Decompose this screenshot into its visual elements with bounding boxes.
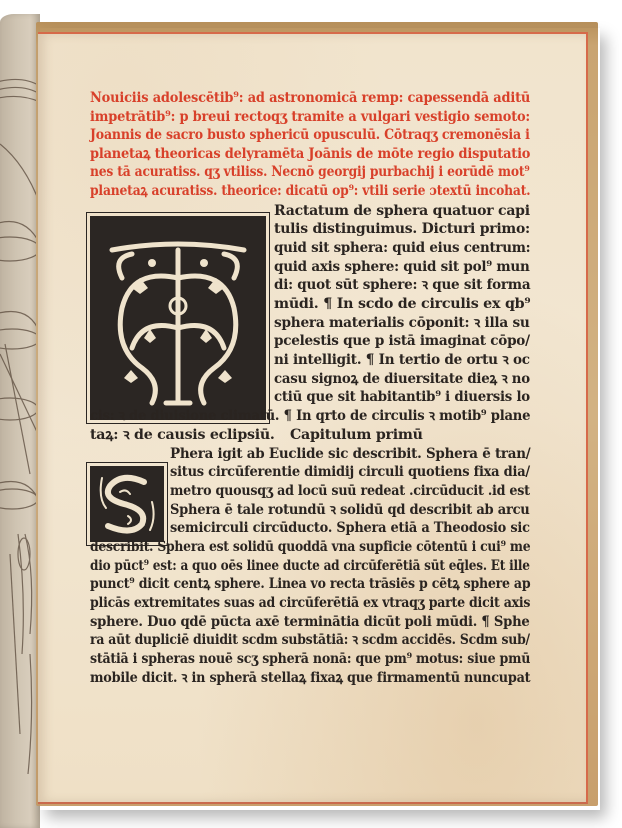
body-line: punct⁹ dicit centꝝ sphere. Linea vo rect… [90,575,530,594]
left-curled-leaf [0,14,40,828]
body-line: casu signoꝝ de diuersitate dieꝝ ꝛ no [90,370,530,389]
body-line: mūdi. ¶ In scdo de circulis ex qb⁹ [90,295,530,314]
body-line: Ractatum de sphera quatuor capi [90,202,530,221]
body-line: situs circūferentie dimidij circuli quot… [90,463,530,482]
body-line: ni intelligit. ¶ In tertio de ortu ꝛ oc [90,351,530,370]
rubric-title: Nouiciis adolescētib⁹: ad astronomicā re… [90,89,530,201]
body-line: plicās extremitates suas ad circūferētiā… [90,594,530,613]
rubric-line: Nouiciis adolescētib⁹: ad astronomicā re… [90,89,530,108]
body-line: describit. Sphera est solidū quoddā vna … [90,538,530,557]
rubric-line: impetrātib⁹: p breui rectoqʒ tramite a v… [90,108,530,127]
body-line: Phera igit ab Euclide sic describit. Sph… [90,445,530,464]
rubric-line: planetaꝝ theoricas delyramēta Joānis de … [90,145,530,164]
body-line: pcelestis que p istā imaginat cōpo/ [90,332,530,351]
body-text: Ractatum de sphera quatuor capi tulis di… [90,202,530,688]
body-line: stātiā i spheras nouē scʒ spherā nonā: q… [90,650,530,669]
book-page: Nouiciis adolescētib⁹: ad astronomicā re… [38,32,588,804]
body-line: ctiū que sit habitantib⁹ i diuersis lo [90,388,530,407]
rubric-line: nes tā acuratiss. qʒ vtiliss. Necnō geor… [90,163,530,182]
text-block: Nouiciis adolescētib⁹: ad astronomicā re… [90,89,530,687]
body-line: dio pūct⁹ est: a quo oēs linee ducte ad … [90,557,530,576]
body-line: tulis distinguimus. Dicturi primo: [90,220,530,239]
body-line: ra aūt dupliciē diuidit scdm substātiā: … [90,631,530,650]
body-line: quid sit sphera: quid eius centrum: [90,239,530,258]
body-line: semicirculi circūducto. Sphera etiā a Th… [90,519,530,538]
body-line: di: quot sūt sphere: ꝛ que sit forma [90,276,530,295]
body-line: sphere. Duo qdē pūcta axē terminātia dic… [90,613,530,632]
body-line-with-heading: taꝝ: ꝛ de causis eclipsiū. Capitulum pri… [90,426,530,445]
chapter-heading: Capitulum primū [90,426,423,445]
body-line: cis: ꝛ de diuisione climatū. ¶ In qrto d… [90,407,530,426]
book-photo-scene: Nouiciis adolescētib⁹: ad astronomicā re… [0,0,622,828]
body-line: sphera materialis cōponit: ꝛ illa su [90,314,530,333]
armillary-sphere-drawing-icon [0,14,40,828]
body-line: mobile dicit. ꝛ in spherā stellaꝝ fixaꝝ … [90,669,530,688]
body-line: metro quousqʒ ad locū suū redeat .circūd… [90,482,530,501]
rubric-line: planetaꝝ acuratiss. theorice: dicatū op⁹… [90,182,530,201]
rubric-line: Joannis de sacro busto sphericū opusculū… [90,126,530,145]
body-line: Sphera ē tale rotundū ꝛ solidū qd descri… [90,501,530,520]
body-line: quid axis sphere: quid sit pol⁹ mun [90,258,530,277]
